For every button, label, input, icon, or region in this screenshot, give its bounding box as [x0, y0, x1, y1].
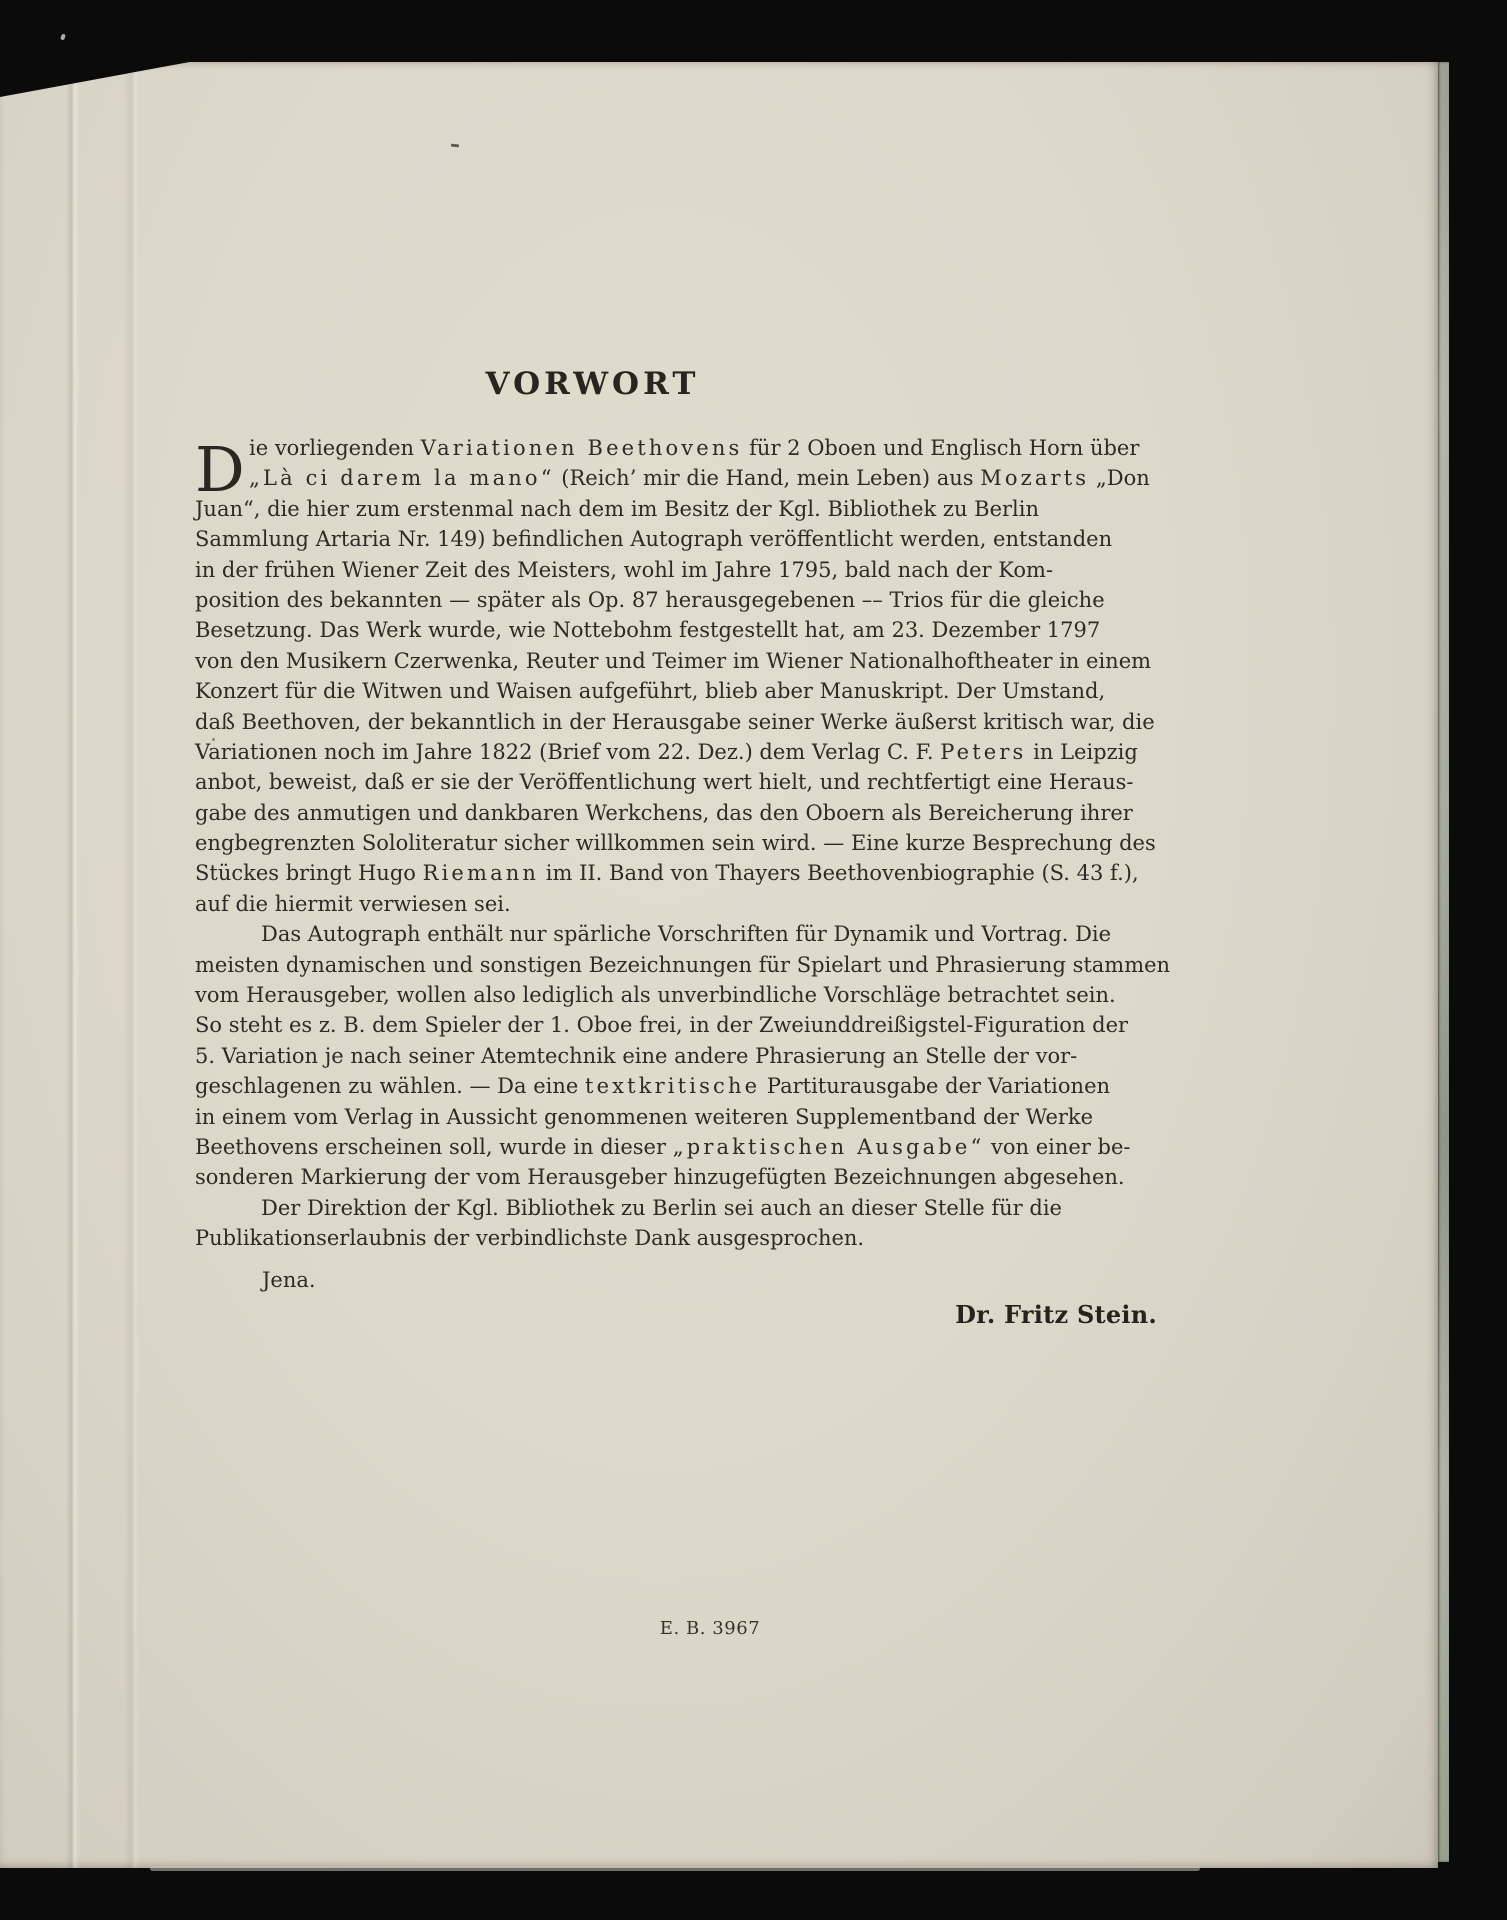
signature: Dr. Fritz Stein. — [955, 1300, 1157, 1329]
text-line: meisten dynamischen und sonstigen Bezeic… — [195, 950, 990, 980]
text-line: engbegrenzten Sololiteratur sicher willk… — [195, 828, 990, 858]
preface-body: Die vorliegenden Variationen Beethovens … — [195, 433, 990, 1254]
ink-speck — [451, 144, 459, 148]
text-line: Publikationserlaubnis der verbindlichste… — [195, 1223, 990, 1253]
text-line: Das Autograph enthält nur spärliche Vors… — [195, 919, 990, 949]
scan-background: VORWORT Die vorliegenden Variationen Bee… — [0, 0, 1507, 1920]
plate-number: E. B. 3967 — [610, 1618, 810, 1639]
torn-corner — [0, 61, 195, 97]
text-line: Der Direktion der Kgl. Bibliothek zu Ber… — [195, 1193, 990, 1223]
text-line: anbot, beweist, daß er sie der Veröffent… — [195, 767, 990, 797]
text-line: Konzert für die Witwen und Waisen aufgef… — [195, 676, 990, 706]
text-line: Beethovens erscheinen soll, wurde in die… — [195, 1132, 990, 1162]
page-stack-edge — [1438, 62, 1449, 1862]
text-line: geschlagenen zu wählen. — Da eine textkr… — [195, 1071, 990, 1101]
text-line: position des bekannten — später als Op. … — [195, 585, 990, 615]
paragraph: Der Direktion der Kgl. Bibliothek zu Ber… — [195, 1193, 990, 1254]
text-line: auf die hiermit verwiesen sei. — [195, 889, 990, 919]
text-line: 5. Variation je nach seiner Atemtechnik … — [195, 1041, 990, 1071]
paragraph: Die vorliegenden Variationen Beethovens … — [195, 433, 990, 919]
text-line: daß Beethoven, der bekanntlich in der He… — [195, 707, 990, 737]
place-line: Jena. — [262, 1268, 316, 1292]
drop-cap: D — [195, 439, 245, 501]
text-line: vom Herausgeber, wollen also lediglich a… — [195, 980, 990, 1010]
text-line: Juan“, die hier zum erstenmal nach dem i… — [195, 494, 990, 524]
text-line: in einem vom Verlag in Aussicht genommen… — [195, 1102, 990, 1132]
text-line: Besetzung. Das Werk wurde, wie Nottebohm… — [195, 615, 990, 645]
text-line: Variationen noch im Jahre 1822 (Brief vo… — [195, 737, 990, 767]
text-line: So steht es z. B. dem Spieler der 1. Obo… — [195, 1010, 990, 1040]
page-bottom-edge — [150, 1866, 1200, 1871]
text-line: in der frühen Wiener Zeit des Meisters, … — [195, 555, 990, 585]
text-line: gabe des anmutigen und dankbaren Werkche… — [195, 798, 990, 828]
page-crease — [124, 62, 140, 1868]
text-line: von den Musikern Czerwenka, Reuter und T… — [195, 646, 990, 676]
paragraph: Das Autograph enthält nur spärliche Vors… — [195, 919, 990, 1193]
text-line: sonderen Markierung der vom Herausgeber … — [195, 1162, 990, 1192]
text-line: „Là ci darem la mano“ (Reich’ mir die Ha… — [195, 463, 990, 493]
page-crease — [66, 62, 80, 1868]
preface-title: VORWORT — [195, 366, 990, 402]
dust-fleck — [60, 33, 66, 40]
text-line: Stückes bringt Hugo Riemann im II. Band … — [195, 858, 990, 888]
text-line: ie vorliegenden Variationen Beethovens f… — [195, 433, 990, 463]
text-line: Sammlung Artaria Nr. 149) befindlichen A… — [195, 524, 990, 554]
